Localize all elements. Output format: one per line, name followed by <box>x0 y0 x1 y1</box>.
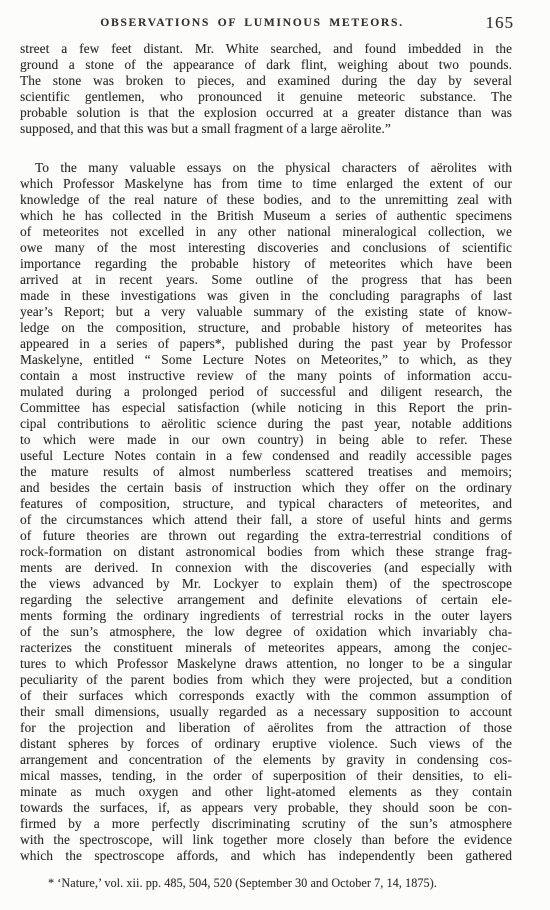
text-line: ments forming the ordinary ingredients o… <box>20 608 512 624</box>
text-line: scientific gentlemen, who pronounced it … <box>20 89 512 105</box>
text-line: contain a most instructive review of the… <box>20 368 512 384</box>
text-line: arrived at in recent years. Some outline… <box>20 272 512 288</box>
text-line: Maskelyne, entitled “ Some Lecture Notes… <box>20 352 512 368</box>
paragraph: To the many valuable essays on the physi… <box>20 160 512 864</box>
text-line: rock-formation on distant astronomical b… <box>20 544 512 560</box>
text-line: regarding the selective arrangement and … <box>20 592 512 608</box>
text-line: ments are derived. In connexion with the… <box>20 560 512 576</box>
text-line: which he has collected in the British Mu… <box>20 208 512 224</box>
text-line: peculiarity of the parent bodies from wh… <box>20 672 512 688</box>
text-line: for the projection and liberation of aër… <box>20 720 512 736</box>
text-line: of their surfaces which corresponds exac… <box>20 688 512 704</box>
text-line: arrangement and concentration of the ele… <box>20 752 512 768</box>
text-line: Committee has especial satisfaction (whi… <box>20 400 512 416</box>
text-line: street a few feet distant. Mr. White sea… <box>20 41 512 57</box>
text-line: importance regarding the probable histor… <box>20 256 512 272</box>
paragraph: street a few feet distant. Mr. White sea… <box>20 41 512 137</box>
text-line: the mature results of almost numberless … <box>20 464 512 480</box>
text-line: firmed by a more perfectly discriminatin… <box>20 816 512 832</box>
text-line: distant spheres by forces of ordinary er… <box>20 736 512 752</box>
text-line: of the circumstances which attend their … <box>20 512 512 528</box>
text-line: to which were made in our own country) i… <box>20 432 512 448</box>
page-body: street a few feet distant. Mr. White sea… <box>20 41 512 864</box>
text-line: their small dimensions, usually regarded… <box>20 704 512 720</box>
text-line: ground a stone of the appearance of dark… <box>20 57 512 73</box>
text-line: owe many of the most interesting discove… <box>20 240 512 256</box>
text-line: To the many valuable essays on the physi… <box>20 160 512 176</box>
text-line: with the spectroscope, will link togethe… <box>20 832 512 848</box>
text-line: The stone was broken to pieces, and exam… <box>20 73 512 89</box>
text-line: ledge on the composition, structure, and… <box>20 320 512 336</box>
page-number: 165 <box>486 13 515 33</box>
text-line: supposed, and that this was but a small … <box>20 121 512 137</box>
text-line: which the spectroscope affords, and whic… <box>20 848 512 864</box>
text-line: the views advanced by Mr. Lockyer to exp… <box>20 576 512 592</box>
text-line: and besides the certain basis of instruc… <box>20 480 512 496</box>
text-line: appeared in a series of papers*, publish… <box>20 336 512 352</box>
text-line: of meteorites not excelled in any other … <box>20 224 512 240</box>
text-line: of the sun’s atmosphere, the low degree … <box>20 624 512 640</box>
text-line: of future theories are thrown out regard… <box>20 528 512 544</box>
text-line: minate as much oxygen and other light-at… <box>20 784 512 800</box>
text-line: cipal contributions to aërolitic science… <box>20 416 512 432</box>
footnote: * ‘Nature,’ vol. xii. pp. 485, 504, 520 … <box>48 876 437 891</box>
text-line: mical masses, tending, in the order of s… <box>20 768 512 784</box>
text-line: mulated during a prolonged period of suc… <box>20 384 512 400</box>
text-line: towards the surfaces, if, as appears ver… <box>20 800 512 816</box>
text-line: tures to which Professor Maskelyne draws… <box>20 656 512 672</box>
text-line: racterizes the constituent minerals of m… <box>20 640 512 656</box>
text-line: knowledge of the real nature of these bo… <box>20 192 512 208</box>
text-line: probable solution is that the explosion … <box>20 105 512 121</box>
text-line: made in these investigations was given i… <box>20 288 512 304</box>
text-line: year’s Report; but a very valuable summa… <box>20 304 512 320</box>
book-page: OBSERVATIONS OF LUMINOUS METEORS. 165 st… <box>0 0 550 910</box>
page-header: OBSERVATIONS OF LUMINOUS METEORS. 165 <box>20 13 514 35</box>
text-line: useful Lecture Notes contain in a few co… <box>20 448 512 464</box>
text-line: which Professor Maskelyne has from time … <box>20 176 512 192</box>
text-line: features of composition, structure, and … <box>20 496 512 512</box>
running-title: OBSERVATIONS OF LUMINOUS METEORS. <box>20 16 484 29</box>
